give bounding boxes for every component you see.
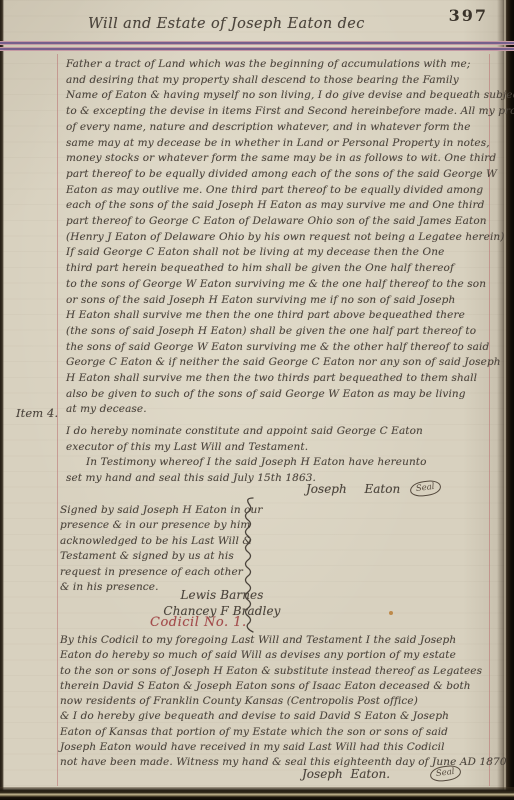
book-edge-bottom <box>0 787 514 800</box>
codicil-paragraph: By this Codicil to my foregoing Last Wil… <box>60 633 507 771</box>
codicil-line: now residents of Franklin County Kansas … <box>60 694 507 709</box>
will-body-line: Father a tract of Land which was the beg… <box>66 57 514 73</box>
item4-line: In Testimony whereof I the said Joseph H… <box>66 455 427 471</box>
codicil-line: Eaton of Kansas that portion of my Estat… <box>60 725 507 740</box>
codicil-line: & I do hereby give bequeath and devise t… <box>60 709 507 724</box>
will-body-line: of every name, nature and description wh… <box>66 120 514 136</box>
will-body: Father a tract of Land which was the beg… <box>66 57 514 418</box>
will-body-line: part thereof to be equally divided among… <box>66 167 514 183</box>
decorative-rule-band <box>0 40 514 53</box>
will-body-line: same may at my decease be in whether in … <box>66 136 514 152</box>
ledger-page: 397 Will and Estate of Joseph Eaton dec … <box>0 0 514 800</box>
codicil-line: Joseph Eaton would have received in my s… <box>60 740 507 755</box>
will-body-line: the sons of said George W Eaton survivin… <box>66 340 514 356</box>
codicil-line: to the son or sons of Joseph H Eaton & s… <box>60 664 507 679</box>
testator-signature: Joseph Eaton <box>306 482 400 496</box>
will-body-line: third part herein bequeathed to him shal… <box>66 261 514 277</box>
margin-note-item4: Item 4. <box>16 406 58 420</box>
will-body-line: or sons of the said Joseph H Eaton survi… <box>66 293 514 309</box>
book-edge-left <box>0 0 4 800</box>
will-body-line: If said George C Eaton shall not be livi… <box>66 245 514 261</box>
page-number: 397 <box>449 6 488 25</box>
witness-signature: Lewis Barnes <box>152 587 292 603</box>
codicil-line: Eaton do hereby so much of said Will as … <box>60 648 507 663</box>
will-body-line: at my decease. <box>66 402 514 418</box>
attestation-line: Signed by said Joseph H Eaton in our <box>60 503 263 518</box>
seal-mark: Seal <box>409 479 441 498</box>
will-body-line: to the sons of George W Eaton surviving … <box>66 277 514 293</box>
attestation-line: acknowledged to be his Last Will & <box>60 534 263 549</box>
will-body-line: and desiring that my property shall desc… <box>66 73 514 89</box>
will-body-line: also be given to such of the sons of sai… <box>66 387 514 403</box>
item4-paragraph: I do hereby nominate constitute and appo… <box>66 424 427 486</box>
left-margin-rule <box>57 54 58 786</box>
will-body-line: part thereof to George C Eaton of Delawa… <box>66 214 514 230</box>
codicil-line: therein David S Eaton & Joseph Eaton son… <box>60 679 507 694</box>
codicil-seal-mark: Seal <box>429 764 461 783</box>
attestation-clause: Signed by said Joseph H Eaton in ourpres… <box>60 503 263 595</box>
attestation-line: request in presence of each other <box>60 565 263 580</box>
will-body-line: Eaton as may outlive me. One third part … <box>66 183 514 199</box>
will-body-line: (Henry J Eaton of Delaware Ohio by his o… <box>66 230 514 246</box>
codicil-signature: Joseph Eaton. <box>302 767 390 781</box>
will-body-line: H Eaton shall survive me then the one th… <box>66 308 514 324</box>
codicil-heading: Codicil No. 1. <box>150 615 247 630</box>
will-body-line: each of the sons of the said Joseph H Ea… <box>66 198 514 214</box>
will-body-line: Name of Eaton & having myself no son liv… <box>66 88 514 104</box>
will-body-line: money stocks or whatever form the same m… <box>66 151 514 167</box>
will-body-line: George C Eaton & if neither the said Geo… <box>66 355 514 371</box>
item4-line: I do hereby nominate constitute and appo… <box>66 424 427 440</box>
attestation-line: Testament & signed by us at his <box>60 549 263 564</box>
codicil-line: By this Codicil to my foregoing Last Wil… <box>60 633 507 648</box>
testator-signature-row: Joseph Eaton Seal <box>306 481 441 496</box>
ink-fleck <box>389 611 393 615</box>
codicil-signature-row: Joseph Eaton. Seal <box>302 766 461 781</box>
page-title: Will and Estate of Joseph Eaton dec <box>88 16 365 32</box>
item4-line: executor of this my Last Will and Testam… <box>66 440 427 456</box>
attestation-line: presence & in our presence by him <box>60 518 263 533</box>
will-body-line: H Eaton shall survive me then the two th… <box>66 371 514 387</box>
will-body-line: (the sons of said Joseph H Eaton) shall … <box>66 324 514 340</box>
will-body-line: to & excepting the devise in items First… <box>66 104 514 120</box>
